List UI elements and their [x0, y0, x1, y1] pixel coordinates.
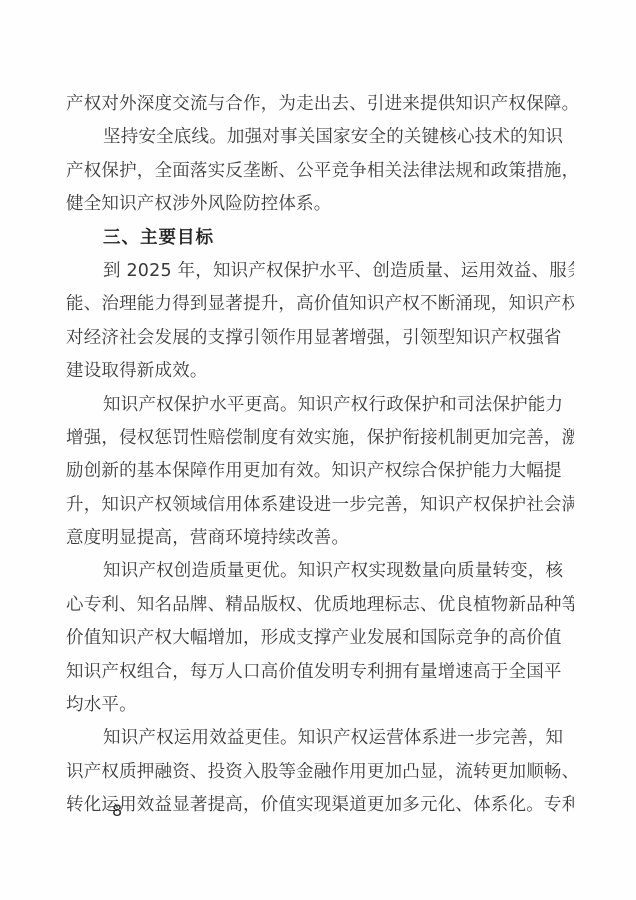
page-number: 8: [112, 796, 122, 826]
text-line: 产权保护，全面落实反垄断、公平竞争相关法律法规和政策措施，: [66, 155, 574, 188]
text-line: 建设取得新成效。: [66, 355, 574, 388]
text-line: 励创新的基本保障作用更加有效。知识产权综合保护能力大幅提: [66, 455, 574, 488]
text-line: 健全知识产权涉外风险防控体系。: [66, 188, 574, 221]
text-line: 坚持安全底线。加强对事关国家安全的关键核心技术的知识: [66, 121, 574, 154]
text-line: 心专利、知名品牌、精品版权、优质地理标志、优良植物新品种等高: [66, 589, 574, 622]
scanned-document-page: 产权对外深度交流与合作，为走出去、引进来提供知识产权保障。 坚持安全底线。加强对…: [0, 0, 636, 900]
text-line: 知识产权运用效益更佳。知识产权运营体系进一步完善，知: [66, 722, 574, 755]
text-line: 价值知识产权大幅增加，形成支撑产业发展和国际竞争的高价值: [66, 622, 574, 655]
text-line: 意度明显提高，营商环境持续改善。: [66, 522, 574, 555]
text-line: 到 2025 年，知识产权保护水平、创造质量、运用效益、服务效: [66, 255, 574, 288]
text-line: 增强，侵权惩罚性赔偿制度有效实施，保护衔接机制更加完善，激: [66, 422, 574, 455]
text-line: 升，知识产权领域信用体系建设进一步完善，知识产权保护社会满: [66, 489, 574, 522]
text-line: 产权对外深度交流与合作，为走出去、引进来提供知识产权保障。: [66, 88, 574, 121]
text-line: 对经济社会发展的支撑引领作用显著增强，引领型知识产权强省: [66, 322, 574, 355]
text-line: 能、治理能力得到显著提升，高价值知识产权不断涌现，知识产权: [66, 288, 574, 321]
text-line: 均水平。: [66, 689, 574, 722]
document-text-block: 产权对外深度交流与合作，为走出去、引进来提供知识产权保障。 坚持安全底线。加强对…: [66, 88, 574, 823]
section-heading: 三、主要目标: [66, 222, 574, 255]
text-line: 知识产权保护水平更高。知识产权行政保护和司法保护能力: [66, 389, 574, 422]
text-line: 识产权质押融资、投资入股等金融作用更加凸显，流转更加顺畅、: [66, 756, 574, 789]
text-line: 转化运用效益显著提高，价值实现渠道更加多元化、体系化。专利: [66, 789, 574, 822]
text-line: 知识产权组合，每万人口高价值发明专利拥有量增速高于全国平: [66, 656, 574, 689]
text-line: 知识产权创造质量更优。知识产权实现数量向质量转变，核: [66, 555, 574, 588]
